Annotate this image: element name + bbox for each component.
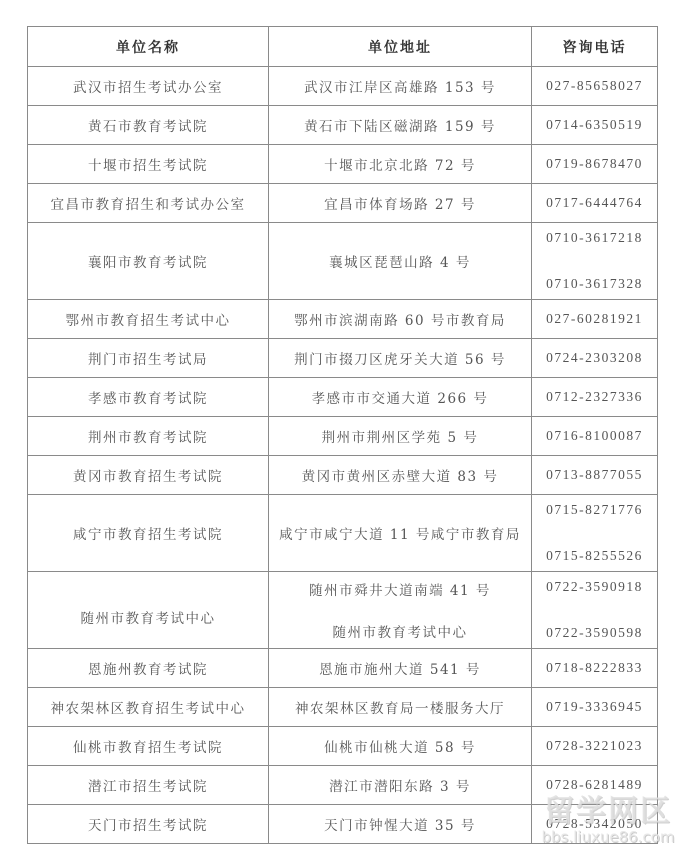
unit-name: 宜昌市教育招生和考试办公室 <box>28 184 269 223</box>
table-row: 咸宁市教育招生考试院 咸宁市咸宁大道 11 号咸宁市教育局 0715-82717… <box>28 495 658 572</box>
unit-address: 潜江市潜阳东路 3 号 <box>269 766 532 805</box>
table-row: 黄冈市教育招生考试院 黄冈市黄州区赤壁大道 83 号 0713-8877055 <box>28 456 658 495</box>
unit-address: 黄冈市黄州区赤壁大道 83 号 <box>269 456 532 495</box>
table-row: 仙桃市教育招生考试院 仙桃市仙桃大道 58 号 0728-3221023 <box>28 727 658 766</box>
unit-address: 十堰市北京北路 72 号 <box>269 145 532 184</box>
table-row: 襄阳市教育考试院 襄城区琵琶山路 4 号 0710-3617218 0710-3… <box>28 223 658 300</box>
unit-address: 仙桃市仙桃大道 58 号 <box>269 727 532 766</box>
phone-cell: 0722-3590918 0722-3590598 <box>532 572 658 649</box>
table-row: 武汉市招生考试办公室 武汉市江岸区高雄路 153 号 027-85658027 <box>28 67 658 106</box>
phone-number: 0710-3617328 <box>546 276 643 292</box>
phone-number: 0718-8222833 <box>532 649 658 688</box>
phone-number: 0722-3590598 <box>546 625 643 641</box>
phone-number: 0710-3617218 <box>546 230 643 246</box>
phone-cell: 0715-8271776 0715-8255526 <box>532 495 658 572</box>
phone-number: 0715-8255526 <box>546 548 643 564</box>
table-row: 恩施州教育考试院 恩施市施州大道 541 号 0718-8222833 <box>28 649 658 688</box>
header-unit-name: 单位名称 <box>28 27 269 67</box>
phone-number: 0722-3590918 <box>546 579 643 595</box>
phone-number: 0728-6281489 <box>532 766 658 805</box>
unit-address: 鄂州市滨湖南路 60 号市教育局 <box>269 300 532 339</box>
table-row: 十堰市招生考试院 十堰市北京北路 72 号 0719-8678470 <box>28 145 658 184</box>
unit-address: 咸宁市咸宁大道 11 号咸宁市教育局 <box>269 495 532 572</box>
phone-number: 0714-6350519 <box>532 106 658 145</box>
table-row: 宜昌市教育招生和考试办公室 宜昌市体育场路 27 号 0717-6444764 <box>28 184 658 223</box>
unit-address: 随州市教育考试中心 <box>333 621 468 641</box>
phone-cell: 0710-3617218 0710-3617328 <box>532 223 658 300</box>
unit-name-cell: 随州市教育考试中心 <box>28 572 269 649</box>
phone-number: 0719-8678470 <box>532 145 658 184</box>
unit-name: 武汉市招生考试办公室 <box>28 67 269 106</box>
phone-number: 0715-8271776 <box>546 502 643 518</box>
unit-address: 襄城区琵琶山路 4 号 <box>269 223 532 300</box>
unit-name: 潜江市招生考试院 <box>28 766 269 805</box>
unit-name: 黄石市教育考试院 <box>28 106 269 145</box>
contact-table: 单位名称 单位地址 咨询电话 武汉市招生考试办公室 武汉市江岸区高雄路 153 … <box>27 26 658 844</box>
unit-name: 天门市招生考试院 <box>28 805 269 844</box>
table-row: 潜江市招生考试院 潜江市潜阳东路 3 号 0728-6281489 <box>28 766 658 805</box>
phone-number: 0719-3336945 <box>532 688 658 727</box>
unit-name: 随州市教育考试中心 <box>28 593 268 627</box>
unit-address: 荆门市掇刀区虎牙关大道 56 号 <box>269 339 532 378</box>
phone-number: 027-85658027 <box>532 67 658 106</box>
unit-name: 荆门市招生考试局 <box>28 339 269 378</box>
unit-name: 荆州市教育考试院 <box>28 417 269 456</box>
phone-number: 0724-2303208 <box>532 339 658 378</box>
unit-address: 恩施市施州大道 541 号 <box>269 649 532 688</box>
table-row: 孝感市教育考试院 孝感市市交通大道 266 号 0712-2327336 <box>28 378 658 417</box>
table-row: 随州市教育考试中心 随州市舜井大道南端 41 号 随州市教育考试中心 0722-… <box>28 572 658 649</box>
phone-number: 0716-8100087 <box>532 417 658 456</box>
unit-name: 鄂州市教育招生考试中心 <box>28 300 269 339</box>
table-row: 天门市招生考试院 天门市钟惺大道 35 号 0728-5342050 <box>28 805 658 844</box>
table-row: 神农架林区教育招生考试中心 神农架林区教育局一楼服务大厅 0719-333694… <box>28 688 658 727</box>
header-phone: 咨询电话 <box>532 27 658 67</box>
unit-name: 十堰市招生考试院 <box>28 145 269 184</box>
unit-address: 孝感市市交通大道 266 号 <box>269 378 532 417</box>
table-row: 荆门市招生考试局 荆门市掇刀区虎牙关大道 56 号 0724-2303208 <box>28 339 658 378</box>
unit-name: 咸宁市教育招生考试院 <box>28 495 269 572</box>
unit-address-cell: 随州市舜井大道南端 41 号 随州市教育考试中心 <box>269 572 532 649</box>
phone-number: 0728-3221023 <box>532 727 658 766</box>
phone-number: 027-60281921 <box>532 300 658 339</box>
phone-number: 0728-5342050 <box>532 805 658 844</box>
unit-name: 襄阳市教育考试院 <box>28 223 269 300</box>
unit-address: 天门市钟惺大道 35 号 <box>269 805 532 844</box>
unit-address: 宜昌市体育场路 27 号 <box>269 184 532 223</box>
phone-number: 0717-6444764 <box>532 184 658 223</box>
phone-number: 0712-2327336 <box>532 378 658 417</box>
table-header-row: 单位名称 单位地址 咨询电话 <box>28 27 658 67</box>
unit-address: 黄石市下陆区磁湖路 159 号 <box>269 106 532 145</box>
unit-name: 神农架林区教育招生考试中心 <box>28 688 269 727</box>
unit-address: 荆州市荆州区学苑 5 号 <box>269 417 532 456</box>
unit-name: 黄冈市教育招生考试院 <box>28 456 269 495</box>
table-row: 黄石市教育考试院 黄石市下陆区磁湖路 159 号 0714-6350519 <box>28 106 658 145</box>
table-row: 荆州市教育考试院 荆州市荆州区学苑 5 号 0716-8100087 <box>28 417 658 456</box>
unit-address: 武汉市江岸区高雄路 153 号 <box>269 67 532 106</box>
unit-address: 随州市舜井大道南端 41 号 <box>309 579 491 599</box>
table-row: 鄂州市教育招生考试中心 鄂州市滨湖南路 60 号市教育局 027-6028192… <box>28 300 658 339</box>
unit-address: 神农架林区教育局一楼服务大厅 <box>269 688 532 727</box>
unit-name: 仙桃市教育招生考试院 <box>28 727 269 766</box>
phone-number: 0713-8877055 <box>532 456 658 495</box>
unit-name: 恩施州教育考试院 <box>28 649 269 688</box>
unit-name: 孝感市教育考试院 <box>28 378 269 417</box>
header-unit-address: 单位地址 <box>269 27 532 67</box>
